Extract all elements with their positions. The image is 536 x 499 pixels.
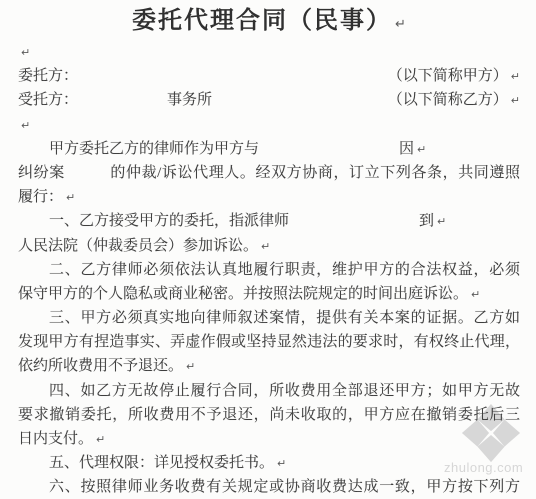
clause-text: 五、代理权限：详见授权委托书。 <box>49 455 274 471</box>
clause-text: 日内支付。 <box>18 431 93 447</box>
blank-fill <box>259 152 399 153</box>
party-b-line: 受托方： 事务所 （以下简称乙方）↵ <box>18 88 520 112</box>
document-content: 委托代理合同（民事）↵ ↵ 委托方： （以下简称甲方）↵ 受托方： 事务所 （以… <box>0 0 536 499</box>
clause-text: 三、甲方必须真实地向律师叙述案情，提供有关本案的证据。乙方如 <box>49 310 520 326</box>
contract-page: zhulong.com 委托代理合同（民事）↵ ↵ 委托方： （以下简称甲方）↵… <box>0 0 536 499</box>
clause-text: 人民法院（仲裁委员会）参加诉讼。 <box>18 238 258 254</box>
return-mark: ↵ <box>66 191 75 204</box>
clause-4-line-1: 四、如乙方无故停止履行合同，所收费用全部退还甲方；如甲方无故 <box>18 379 520 403</box>
intro-text: 纠纷案 <box>18 165 65 181</box>
clause-text: 二、乙方律师必须依法认真地履行职责，维护甲方的合法权益，必须 <box>49 262 520 278</box>
intro-line-2: 纠纷案的仲裁/诉讼代理人。经双方协商，订立下列各条，共同遵照 <box>18 161 520 185</box>
clause-text: 六、按照律师业务收费有关规定或协商收费达成一致，甲方按下列方 <box>49 479 520 495</box>
intro-text: 因 <box>399 141 414 157</box>
party-a-line: 委托方： （以下简称甲方）↵ <box>18 64 520 88</box>
blank-fill <box>65 176 110 177</box>
return-mark: ↵ <box>261 240 270 253</box>
clause-4-line-2: 要求撤销委托，所收费用不予退还，尚未收取的，甲方应在撤销委托后三 <box>18 403 520 427</box>
clause-3-line-2: 发现甲方有捏造事实、弄虚作假或坚持显然违法的要求时，有权终止代理， <box>18 330 520 354</box>
intro-line-1: 甲方委托乙方的律师作为甲方与因↵ <box>18 137 520 161</box>
return-mark: ↵ <box>21 119 30 132</box>
intro-text: 甲方委托乙方的律师作为甲方与 <box>49 141 259 157</box>
return-mark: ↵ <box>21 46 30 59</box>
empty-line: ↵ <box>18 113 520 137</box>
blank-fill <box>289 224 419 225</box>
intro-text: 履行： <box>18 189 63 205</box>
return-mark: ↵ <box>277 457 286 470</box>
blank-fill <box>78 103 167 104</box>
return-mark: ↵ <box>437 215 446 228</box>
party-a-alias: （以下简称甲方） <box>388 64 508 88</box>
clause-5-line: 五、代理权限：详见授权委托书。↵ <box>18 451 520 475</box>
doc-title: 委托代理合同（民事） <box>132 8 392 34</box>
party-b-firm: 事务所 <box>167 88 212 112</box>
return-mark: ↵ <box>511 89 520 113</box>
return-mark: ↵ <box>417 143 426 156</box>
clause-text: 一、乙方接受甲方的委托，指派律师 <box>49 213 289 229</box>
party-b-label: 受托方： <box>18 88 78 112</box>
clause-text: 保守甲方的个人隐私或商业秘密。并按照法院规定的时间出庭诉讼。 <box>18 286 468 302</box>
intro-line-3: 履行：↵ <box>18 185 520 209</box>
title-line: 委托代理合同（民事）↵ <box>18 5 520 40</box>
clause-1-line-1: 一、乙方接受甲方的委托，指派律师到↵ <box>18 209 520 233</box>
clause-2-line-1: 二、乙方律师必须依法认真地履行职责，维护甲方的合法权益，必须 <box>18 258 520 282</box>
clause-text: 发现甲方有捏造事实、弄虚作假或坚持显然违法的要求时，有权终止代理， <box>18 334 520 350</box>
clause-text: 要求撤销委托，所收费用不予退还，尚未收取的，甲方应在撤销委托后三 <box>18 407 520 423</box>
return-mark: ↵ <box>96 433 105 446</box>
return-mark: ↵ <box>471 288 480 301</box>
party-b-alias: （以下简称乙方） <box>388 88 508 112</box>
clause-3-line-3: 依约所收费用不予退还。↵ <box>18 354 520 378</box>
return-mark: ↵ <box>186 360 195 373</box>
clause-2-line-2: 保守甲方的个人隐私或商业秘密。并按照法院规定的时间出庭诉讼。↵ <box>18 282 520 306</box>
intro-text: 的仲裁/诉讼代理人。经双方协商，订立下列各条，共同遵照 <box>110 165 520 181</box>
clause-1-line-2: 人民法院（仲裁委员会）参加诉讼。↵ <box>18 234 520 258</box>
clause-text: 四、如乙方无故停止履行合同，所收费用全部退还甲方；如甲方无故 <box>49 383 520 399</box>
clause-3-line-1: 三、甲方必须真实地向律师叙述案情，提供有关本案的证据。乙方如 <box>18 306 520 330</box>
party-a-label: 委托方： <box>18 64 78 88</box>
empty-line: ↵ <box>18 40 520 64</box>
return-mark: ↵ <box>511 65 520 89</box>
clause-4-line-3: 日内支付。↵ <box>18 427 520 451</box>
return-mark: ↵ <box>395 17 406 32</box>
clause-text: 到 <box>419 213 434 229</box>
clause-text: 依约所收费用不予退还。 <box>18 358 183 374</box>
clause-6-line: 六、按照律师业务收费有关规定或协商收费达成一致，甲方按下列方 <box>18 475 520 499</box>
